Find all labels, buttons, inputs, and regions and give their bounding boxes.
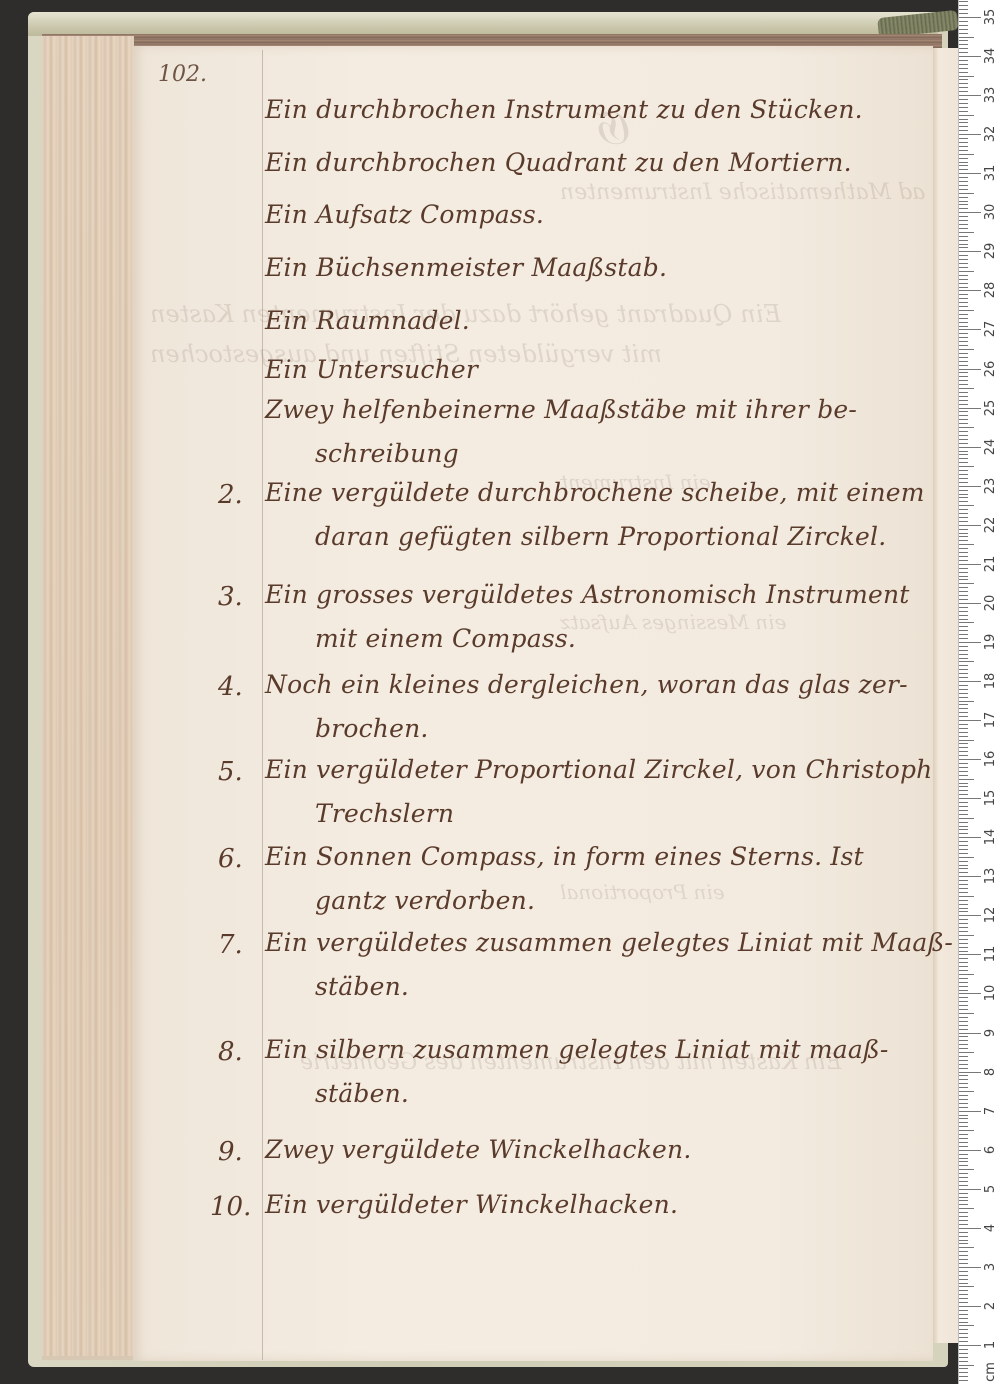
- ruler-tick: [959, 1247, 974, 1248]
- ruler-tick: [959, 60, 968, 61]
- ruler-tick: [959, 1189, 981, 1190]
- ruler-label: 12: [981, 905, 1000, 925]
- ruler-tick: [959, 48, 968, 49]
- ruler-tick: [959, 1169, 974, 1170]
- facing-page-edge: [932, 48, 959, 1343]
- ruler-tick: [959, 751, 968, 752]
- ruler-label: 3: [981, 1257, 1000, 1277]
- ruler-tick: [959, 564, 981, 565]
- entry-line: Ein durchbrochen Instrument zu den Stück…: [265, 95, 863, 124]
- ruler-tick: [959, 482, 968, 483]
- ruler-tick: [959, 150, 968, 151]
- ruler-tick: [959, 1322, 968, 1323]
- ruler-tick: [959, 259, 968, 260]
- ruler-tick: [959, 275, 968, 276]
- ruler-tick: [959, 743, 968, 744]
- ruler-tick: [959, 728, 968, 729]
- entry-line: Ein Aufsatz Compass.: [265, 200, 544, 229]
- ruler-tick: [959, 1173, 968, 1174]
- ruler-tick: [959, 669, 968, 670]
- ruler-tick: [959, 1064, 968, 1065]
- ruler-tick: [959, 244, 968, 245]
- ruler-tick: [959, 64, 968, 65]
- ruler-tick: [959, 1306, 981, 1307]
- ruler-tick: [959, 1103, 968, 1104]
- ruler-tick: [959, 1095, 968, 1096]
- ruler-tick: [959, 1204, 968, 1205]
- ruler-tick: [959, 966, 968, 967]
- ruler-label: 19: [981, 632, 1000, 652]
- ruler-tick: [959, 228, 968, 229]
- ruler-tick: [959, 611, 968, 612]
- ruler-tick: [959, 99, 968, 100]
- ruler-label: 22: [981, 515, 1000, 535]
- ruler-tick: [959, 17, 981, 18]
- entry-number: 9.: [218, 1137, 243, 1167]
- ruler-tick: [959, 1368, 968, 1369]
- ruler-tick: [959, 384, 968, 385]
- ruler-tick: [959, 958, 968, 959]
- ruler-tick: [959, 1337, 968, 1338]
- ruler-tick: [959, 790, 968, 791]
- ruler-tick: [959, 458, 968, 459]
- ruler-tick: [959, 943, 968, 944]
- ruler-tick: [959, 579, 968, 580]
- ruler-tick: [959, 767, 968, 768]
- ruler-tick: [959, 95, 981, 96]
- ruler-tick: [959, 814, 968, 815]
- ruler-tick: [959, 122, 968, 123]
- entry-number: 5.: [218, 757, 243, 787]
- ruler-tick: [959, 747, 968, 748]
- ruler-tick: [959, 978, 968, 979]
- ruler-tick: [959, 1033, 981, 1034]
- ruler-tick: [959, 560, 968, 561]
- ruler-tick: [959, 1048, 968, 1049]
- ruler-tick: [959, 1283, 968, 1284]
- ruler-tick: [959, 322, 968, 323]
- ruler-label: 8: [981, 1062, 1000, 1082]
- ruler-tick: [959, 1001, 968, 1002]
- ruler-label: 24: [981, 437, 1000, 457]
- ruler-tick: [959, 1138, 968, 1139]
- ruler-tick: [959, 615, 968, 616]
- ruler-tick: [959, 724, 968, 725]
- ruler-tick: [959, 169, 968, 170]
- ruler-tick: [959, 1060, 968, 1061]
- ruler-tick: [959, 1165, 968, 1166]
- ruler-tick: [959, 353, 968, 354]
- ruler-tick: [959, 1036, 968, 1037]
- ruler-label: 17: [981, 710, 1000, 730]
- ruler-tick: [959, 1263, 968, 1264]
- ruler-tick: [959, 779, 974, 780]
- ruler-tick: [959, 548, 968, 549]
- ruler-tick: [959, 540, 968, 541]
- ruler-tick: [959, 369, 981, 370]
- ruler-tick: [959, 1200, 968, 1201]
- entry-line: Ein Raumnadel.: [265, 306, 470, 335]
- ruler-label: 27: [981, 319, 1000, 339]
- entry-continuation-line: daran gefügten silbern Proportional Zirc…: [315, 522, 886, 551]
- ruler-tick: [959, 345, 968, 346]
- ruler-tick: [959, 868, 968, 869]
- ruler-tick: [959, 201, 968, 202]
- ruler-tick: [959, 603, 981, 604]
- ruler-tick: [959, 427, 974, 428]
- ruler-tick: [959, 665, 968, 666]
- ruler-tick: [959, 130, 968, 131]
- ruler-tick: [959, 1118, 968, 1119]
- ruler-tick: [959, 1115, 968, 1116]
- ruler-tick: [959, 509, 968, 510]
- ruler-tick: [959, 634, 968, 635]
- entry-number: 10.: [210, 1192, 251, 1222]
- ruler-label: 9: [981, 1023, 1000, 1043]
- ruler-tick: [959, 1294, 968, 1295]
- ruler-tick: [959, 1177, 968, 1178]
- ruler-tick: [959, 76, 974, 77]
- ruler-tick: [959, 415, 968, 416]
- ruler-tick: [959, 712, 968, 713]
- ruler-tick: [959, 1228, 981, 1229]
- ruler-tick: [959, 1005, 968, 1006]
- ruler-tick: [959, 849, 968, 850]
- ruler-tick: [959, 271, 974, 272]
- ruler-tick: [959, 1372, 968, 1373]
- ruler-tick: [959, 56, 981, 57]
- ruler-tick: [959, 197, 968, 198]
- ruler-tick: [959, 1275, 968, 1276]
- ruler-tick: [959, 21, 968, 22]
- ruler-tick: [959, 396, 968, 397]
- ruler-tick: [959, 326, 968, 327]
- ruler-label: 16: [981, 749, 1000, 769]
- ruler-tick: [959, 298, 968, 299]
- entry-number: 7.: [218, 930, 243, 960]
- ruler-tick: [959, 224, 968, 225]
- ruler-tick: [959, 654, 968, 655]
- ruler-label: 11: [981, 944, 1000, 964]
- ruler-tick: [959, 861, 968, 862]
- ruler-tick: [959, 25, 968, 26]
- ruler-tick: [959, 505, 974, 506]
- ruler-tick: [959, 134, 981, 135]
- ruler-tick: [959, 775, 968, 776]
- ruler-tick: [959, 892, 968, 893]
- ruler-tick: [959, 337, 968, 338]
- ruler-tick: [959, 1161, 968, 1162]
- ruler-label: 32: [981, 124, 1000, 144]
- ruler-tick: [959, 462, 968, 463]
- ruler-tick: [959, 908, 968, 909]
- entry-line: Ein vergüldeter Winckelhacken.: [265, 1190, 678, 1219]
- ruler-tick: [959, 478, 968, 479]
- ruler-label: 29: [981, 241, 1000, 261]
- ruler-tick: [959, 392, 968, 393]
- ruler-label: 1: [981, 1335, 1000, 1355]
- ruler-tick: [959, 685, 968, 686]
- ruler-tick: [959, 544, 974, 545]
- ruler-tick: [959, 923, 968, 924]
- ruler-tick: [959, 1290, 968, 1291]
- ruler-tick: [959, 236, 968, 237]
- ruler-tick: [959, 525, 981, 526]
- ruler-tick: [959, 845, 968, 846]
- ruler-tick: [959, 44, 968, 45]
- ruler-tick: [959, 646, 968, 647]
- entry-line: Ein Untersucher: [265, 355, 478, 384]
- ruler-tick: [959, 490, 968, 491]
- ruler-tick: [959, 1181, 968, 1182]
- ruler-tick: [959, 232, 974, 233]
- ruler-tick: [959, 794, 968, 795]
- ruler-tick: [959, 607, 968, 608]
- entry-line: Zwey vergüldete Winckelhacken.: [265, 1135, 691, 1164]
- ruler-label: 33: [981, 85, 1000, 105]
- ruler-tick: [959, 572, 968, 573]
- ruler-tick: [959, 283, 968, 284]
- ruler-tick: [959, 372, 968, 373]
- ruler-tick: [959, 993, 981, 994]
- ruler-tick: [959, 583, 974, 584]
- entry-number: 3.: [218, 582, 243, 612]
- ruler-tick: [959, 361, 968, 362]
- ruler-tick: [959, 658, 968, 659]
- ruler-tick: [959, 1044, 968, 1045]
- ruler-tick: [959, 1099, 968, 1100]
- entry-line: Zwey helfenbeinerne Maaßstäbe mit ihrer …: [265, 395, 857, 424]
- ruler-tick: [959, 517, 968, 518]
- margin-rule: [262, 50, 263, 1360]
- ruler-tick: [959, 876, 981, 877]
- ruler-tick: [959, 419, 968, 420]
- ruler-tick: [959, 720, 981, 721]
- ruler-tick: [959, 1091, 974, 1092]
- ruler-tick: [959, 247, 968, 248]
- ruler-tick: [959, 576, 968, 577]
- ruler-tick: [959, 533, 968, 534]
- ruler-label: 30: [981, 202, 1000, 222]
- ruler-tick: [959, 1130, 974, 1131]
- ruler-tick: [959, 1333, 968, 1334]
- ruler-tick: [959, 1286, 974, 1287]
- ruler-tick: [959, 1107, 968, 1108]
- ruler-tick: [959, 1013, 974, 1014]
- ruler-tick: [959, 619, 968, 620]
- ruler-tick: [959, 314, 968, 315]
- ruler-tick: [959, 884, 968, 885]
- ruler-tick: [959, 208, 968, 209]
- ruler-label: 21: [981, 554, 1000, 574]
- ruler-tick: [959, 1025, 968, 1026]
- ruler-tick: [959, 1314, 968, 1315]
- ruler-tick: [959, 911, 968, 912]
- ruler-tick: [959, 357, 968, 358]
- ruler-tick: [959, 1380, 968, 1381]
- ruler-tick: [959, 556, 968, 557]
- ruler-tick: [959, 1208, 974, 1209]
- ruler-tick: [959, 1216, 968, 1217]
- ruler-label: 28: [981, 280, 1000, 300]
- ruler-tick: [959, 673, 968, 674]
- ruler-tick: [959, 837, 981, 838]
- ruler-tick: [959, 1236, 968, 1237]
- ruler-tick: [959, 1150, 981, 1151]
- ruler-tick: [959, 771, 968, 772]
- ruler-tick: [959, 900, 968, 901]
- ruler-tick: [959, 119, 968, 120]
- ruler-tick: [959, 37, 974, 38]
- entry-line: Ein grosses vergüldetes Astronomisch Ins…: [265, 580, 910, 609]
- ruler-tick: [959, 423, 968, 424]
- ruler-tick: [959, 931, 968, 932]
- ruler-tick: [959, 267, 968, 268]
- ruler-tick: [959, 1029, 968, 1030]
- ruler-tick: [959, 310, 974, 311]
- ruler-tick: [959, 111, 968, 112]
- ruler-tick: [959, 263, 968, 264]
- ruler-label: 26: [981, 359, 1000, 379]
- folio-number: 102.: [158, 62, 207, 87]
- ruler-tick: [959, 1193, 968, 1194]
- ruler-tick: [959, 466, 974, 467]
- ruler-tick: [959, 185, 968, 186]
- ruler-tick: [959, 365, 968, 366]
- ruler-tick: [959, 1134, 968, 1135]
- ruler-tick: [959, 857, 974, 858]
- ruler-tick: [959, 802, 968, 803]
- ruler-tick: [959, 103, 968, 104]
- ruler-tick: [959, 146, 968, 147]
- ruler-tick: [959, 294, 968, 295]
- ruler-tick: [959, 822, 968, 823]
- ruler-tick: [959, 439, 968, 440]
- ruler-tick: [959, 287, 968, 288]
- ruler-tick: [959, 736, 968, 737]
- ruler-tick: [959, 1212, 968, 1213]
- entry-line: Ein Büchsenmeister Maaßstab.: [265, 253, 667, 282]
- ruler-tick: [959, 154, 974, 155]
- ruler-tick: [959, 443, 968, 444]
- ruler-tick: [959, 783, 968, 784]
- ruler-tick: [959, 1318, 968, 1319]
- ruler-tick: [959, 165, 968, 166]
- ruler-tick: [959, 1325, 974, 1326]
- entry-line: Ein vergüldeter Proportional Zirckel, vo…: [265, 755, 932, 784]
- ruler-tick: [959, 786, 968, 787]
- ruler-tick: [959, 1310, 968, 1311]
- ruler-tick: [959, 91, 968, 92]
- ruler-tick: [959, 220, 968, 221]
- ruler-tick: [959, 591, 968, 592]
- ruler-tick: [959, 1357, 968, 1358]
- entry-number: 2.: [218, 480, 243, 510]
- ruler-tick: [959, 447, 981, 448]
- entry-line: Ein Sonnen Compass, in form eines Sterns…: [265, 842, 864, 871]
- ruler-label: 18: [981, 671, 1000, 691]
- ruler-tick: [959, 1197, 968, 1198]
- ruler-tick: [959, 974, 974, 975]
- ruler-tick: [959, 1040, 968, 1041]
- ruler-tick: [959, 87, 968, 88]
- ruler-tick: [959, 251, 981, 252]
- ruler-tick: [959, 872, 968, 873]
- ruler-tick: [959, 1052, 974, 1053]
- ruler-tick: [959, 568, 968, 569]
- ruler-tick: [959, 318, 968, 319]
- ruler-tick: [959, 927, 968, 928]
- entry-line: Eine vergüldete durchbrochene scheibe, m…: [265, 478, 925, 507]
- ruler-tick: [959, 970, 968, 971]
- ruler-label: 14: [981, 827, 1000, 847]
- ruler-tick: [959, 587, 968, 588]
- ruler-tick: [959, 1365, 974, 1366]
- ruler-label: 5: [981, 1179, 1000, 1199]
- ruler-tick: [959, 1021, 968, 1022]
- ruler-tick: [959, 986, 968, 987]
- ruler-tick: [959, 732, 968, 733]
- entry-number: 4.: [218, 672, 243, 702]
- ruler-label: 25: [981, 398, 1000, 418]
- ruler-tick: [959, 83, 968, 84]
- ruler-tick: [959, 431, 968, 432]
- entry-continuation-line: Trechslern: [315, 799, 454, 828]
- entry-line: Noch ein kleines dergleichen, woran das …: [265, 670, 908, 699]
- ruler-tick: [959, 189, 968, 190]
- ruler-tick: [959, 400, 968, 401]
- ruler-tick: [959, 158, 968, 159]
- ruler-label: 4: [981, 1218, 1000, 1238]
- ruler-tick: [959, 650, 968, 651]
- ruler-tick: [959, 290, 981, 291]
- ruler-tick: [959, 521, 968, 522]
- ruler-tick: [959, 474, 968, 475]
- ruler-tick: [959, 501, 968, 502]
- ruler-tick: [959, 142, 968, 143]
- ruler-tick: [959, 279, 968, 280]
- ruler-tick: [959, 1072, 981, 1073]
- ruler-tick: [959, 107, 968, 108]
- ruler-tick: [959, 1259, 968, 1260]
- ruler-label: 15: [981, 788, 1000, 808]
- ruler-tick: [959, 9, 968, 10]
- ruler-tick: [959, 1232, 968, 1233]
- ruler-label: 34: [981, 46, 1000, 66]
- ruler-tick: [959, 630, 968, 631]
- entry-line: Ein durchbrochen Quadrant zu den Mortier…: [265, 148, 852, 177]
- ruler-tick: [959, 388, 974, 389]
- ruler-tick: [959, 716, 968, 717]
- ruler-tick: [959, 376, 968, 377]
- ruler-tick: [959, 947, 968, 948]
- ruler-tick: [959, 40, 968, 41]
- ruler-tick: [959, 1298, 968, 1299]
- ruler-tick: [959, 162, 968, 163]
- ruler-tick: [959, 826, 968, 827]
- ruler-unit-label: cm: [981, 1362, 1000, 1382]
- ruler-tick: [959, 1361, 968, 1362]
- ruler-tick: [959, 798, 981, 799]
- ruler-tick: [959, 1017, 968, 1018]
- ruler-tick: [959, 451, 968, 452]
- ruler-tick: [959, 1376, 968, 1377]
- ruler-tick: [959, 68, 968, 69]
- ruler-tick: [959, 1083, 968, 1084]
- ruler-tick: [959, 1255, 968, 1256]
- ruler-tick: [959, 1056, 968, 1057]
- ruler-tick: [959, 1240, 968, 1241]
